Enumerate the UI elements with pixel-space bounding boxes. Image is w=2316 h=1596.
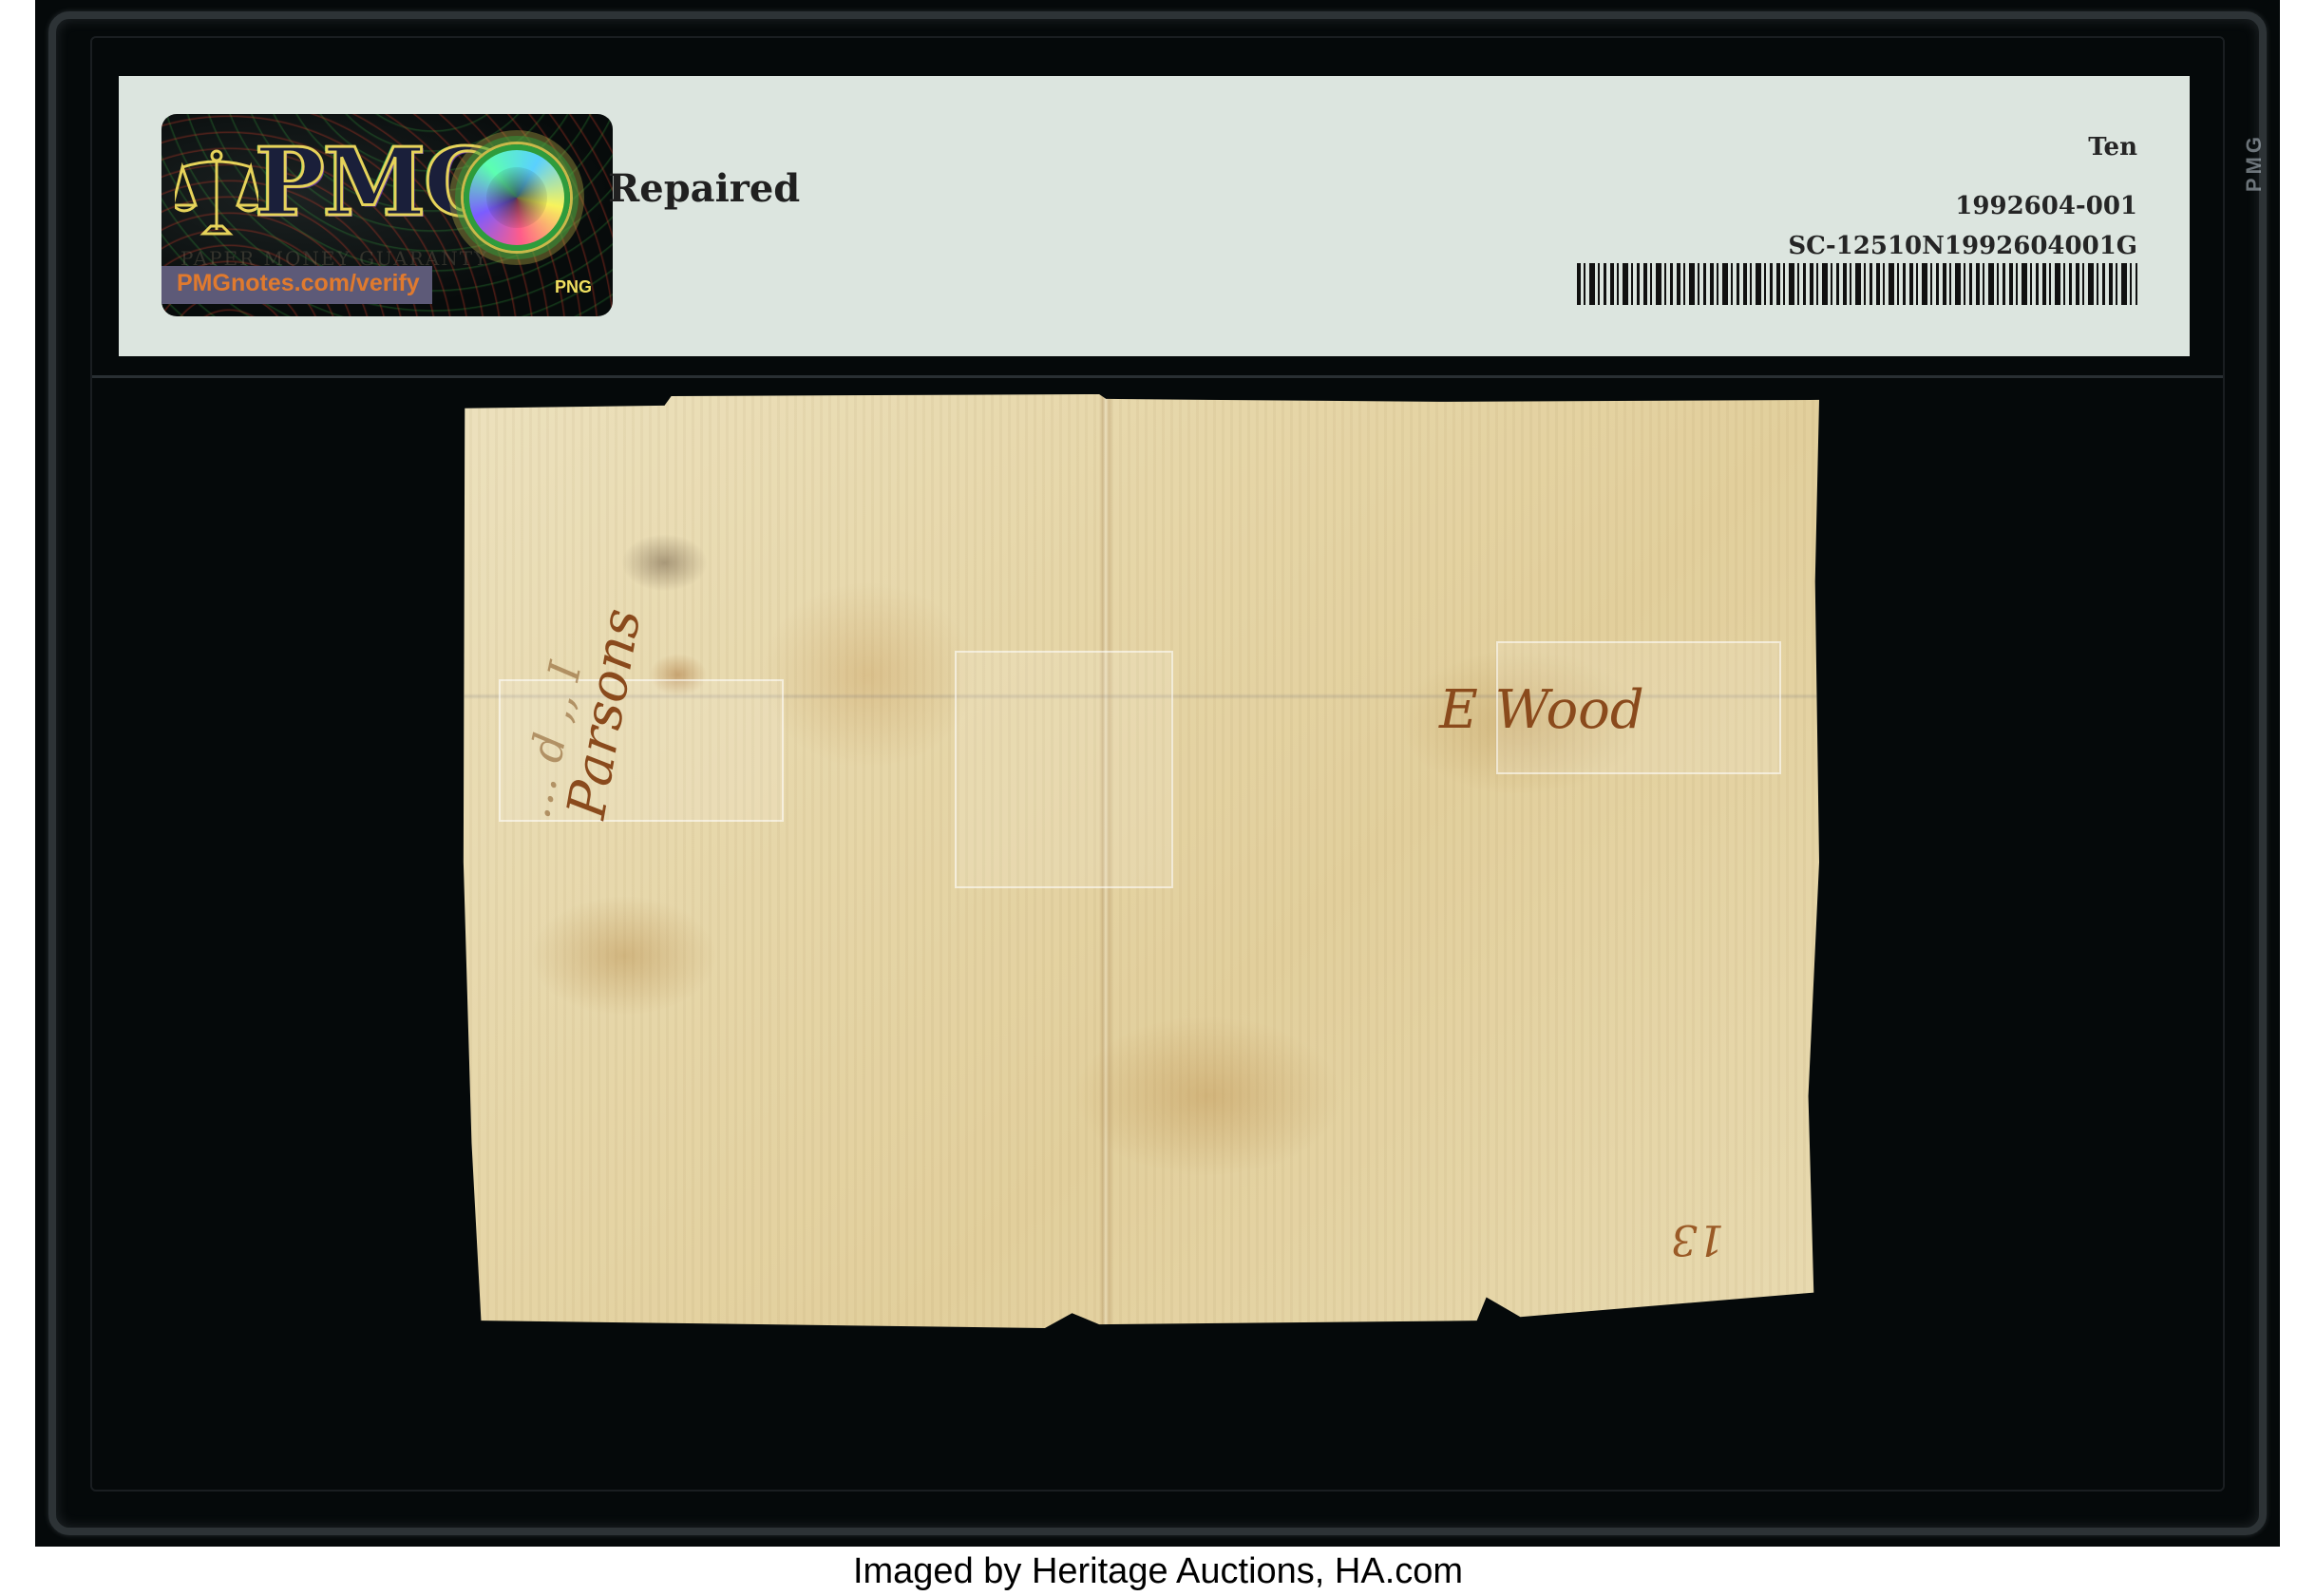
holder-divider [92,375,2223,378]
barcode [1577,263,2137,305]
denomination: Ten [2088,133,2137,161]
repair-patch [955,651,1173,888]
sku-code: SC-12510N1992604001G [1788,232,2137,260]
image-credit-caption: Imaged by Heritage Auctions, HA.com [0,1547,2316,1596]
png-badge: PNG [555,277,592,297]
scales-of-justice-icon [175,146,258,239]
grading-label: PMG PAPER MONEY GUARANTY PMGnotes.com/ve… [119,76,2190,356]
banknote-back: … d ,, I Parsons E Wood 13 [461,394,1819,1330]
pmg-hologram: PMG PAPER MONEY GUARANTY PMGnotes.com/ve… [161,114,613,316]
hologram-seal-icon [464,144,570,251]
signature-wood: E Wood [1439,679,1644,741]
cert-number: 1992604-001 [1955,192,2137,220]
verify-url: PMGnotes.com/verify [177,270,420,297]
holder-emboss-text: PMG [2242,133,2274,192]
grade-designation: Repaired [608,166,800,211]
corner-number: 13 [1671,1215,1724,1263]
